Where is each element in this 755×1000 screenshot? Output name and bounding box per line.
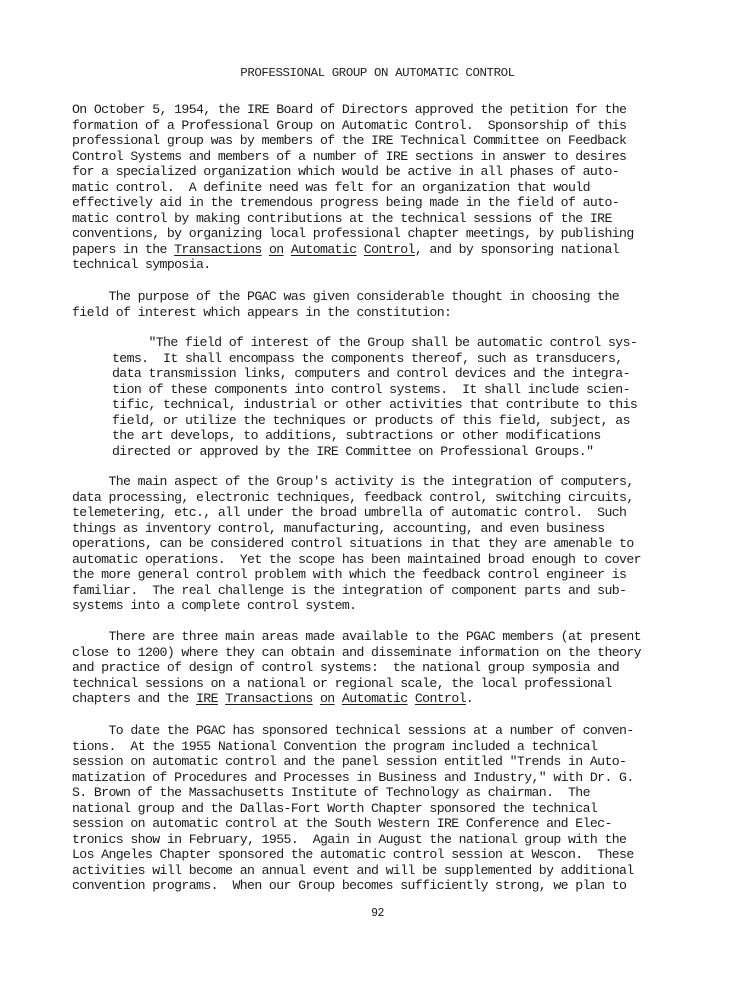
underlined-title-word: IRE: [196, 691, 218, 706]
text-line: tion of these components into control sy…: [112, 382, 637, 398]
text-line: technical sessions on a national or regi…: [72, 676, 641, 692]
text-line: There are three main areas made availabl…: [72, 629, 641, 645]
text-line: The purpose of the PGAC was given consid…: [72, 289, 619, 305]
text-segment: technical sessions on a national or regi…: [72, 676, 612, 691]
text-segment: automatic operations. Yet the scope has …: [72, 552, 641, 567]
page-number: 92: [0, 907, 755, 920]
text-line: the more general control problem with wh…: [72, 567, 641, 583]
text-segment: [284, 242, 291, 257]
text-line: To date the PGAC has sponsored technical…: [72, 723, 634, 739]
text-line: session on automatic control at the Sout…: [72, 816, 634, 832]
paragraph-purpose: The purpose of the PGAC was given consid…: [72, 289, 619, 320]
paragraph-main-aspect: The main aspect of the Group's activity …: [72, 474, 641, 614]
text-line: automatic operations. Yet the scope has …: [72, 552, 641, 568]
underlined-title-word: Transactions: [174, 242, 262, 257]
text-segment: telemetering, etc., all under the broad …: [72, 505, 626, 520]
text-line: field, or utilize the techniques or prod…: [112, 413, 637, 429]
text-line: operations, can be considered control si…: [72, 536, 641, 552]
text-segment: S. Brown of the Massachusetts Institute …: [72, 785, 590, 800]
text-segment: papers in the: [72, 242, 174, 257]
underlined-title-word: on: [269, 242, 284, 257]
text-segment: session on automatic control and the pan…: [72, 754, 626, 769]
underlined-title-word: Control: [364, 242, 415, 257]
text-segment: directed or approved by the IRE Committe…: [112, 444, 593, 459]
text-segment: matization of Procedures and Processes i…: [72, 770, 634, 785]
text-line: S. Brown of the Massachusetts Institute …: [72, 785, 634, 801]
text-segment: Control Systems and members of a number …: [72, 149, 626, 164]
text-segment: tronics show in February, 1955. Again in…: [72, 832, 626, 847]
text-segment: technical symposia.: [72, 257, 211, 272]
text-line: professional group was by members of the…: [72, 133, 634, 149]
text-segment: effectively aid in the tremendous progre…: [72, 195, 619, 210]
text-segment: .: [466, 691, 473, 706]
text-line: effectively aid in the tremendous progre…: [72, 195, 634, 211]
text-line: activities will become an annual event a…: [72, 863, 634, 879]
text-line: The main aspect of the Group's activity …: [72, 474, 641, 490]
text-line: telemetering, etc., all under the broad …: [72, 505, 641, 521]
text-segment: To date the PGAC has sponsored technical…: [72, 723, 634, 738]
text-segment: matic control. A definite need was felt …: [72, 180, 590, 195]
text-line: formation of a Professional Group on Aut…: [72, 118, 634, 134]
text-segment: matic control by making contributions at…: [72, 211, 612, 226]
text-segment: field of interest which appears in the c…: [72, 305, 451, 320]
text-segment: Los Angeles Chapter sponsored the automa…: [72, 847, 634, 862]
text-line: things as inventory control, manufacturi…: [72, 521, 641, 537]
document-page: PROFESSIONAL GROUP ON AUTOMATIC CONTROL …: [0, 0, 755, 1000]
text-segment: On October 5, 1954, the IRE Board of Dir…: [72, 102, 626, 117]
text-line: tions. At the 1955 National Convention t…: [72, 739, 634, 755]
text-segment: [335, 691, 342, 706]
text-segment: There are three main areas made availabl…: [72, 629, 641, 644]
text-segment: The main aspect of the Group's activity …: [72, 474, 634, 489]
text-line: On October 5, 1954, the IRE Board of Dir…: [72, 102, 634, 118]
text-line: the art develops, to additions, subtract…: [112, 428, 637, 444]
text-segment: , and by sponsoring national: [415, 242, 619, 257]
text-line: convention programs. When our Group beco…: [72, 878, 634, 894]
text-segment: familiar. The real challenge is the inte…: [72, 583, 626, 598]
text-line: tific, technical, industrial or other ac…: [112, 397, 637, 413]
text-segment: things as inventory control, manufacturi…: [72, 521, 604, 536]
underlined-title-word: Automatic: [291, 242, 357, 257]
text-segment: tems. It shall encompass the components …: [112, 351, 623, 366]
text-segment: data transmission links, computers and c…: [112, 366, 630, 381]
text-segment: and practice of design of control system…: [72, 660, 619, 675]
text-line: for a specialized organization which wou…: [72, 164, 634, 180]
text-line: tems. It shall encompass the components …: [112, 351, 637, 367]
text-segment: convention programs. When our Group beco…: [72, 878, 626, 893]
text-line: session on automatic control and the pan…: [72, 754, 634, 770]
page-title: PROFESSIONAL GROUP ON AUTOMATIC CONTROL: [0, 66, 755, 80]
text-segment: national group and the Dallas-Fort Worth…: [72, 801, 597, 816]
text-line: matization of Procedures and Processes i…: [72, 770, 634, 786]
text-segment: professional group was by members of the…: [72, 133, 626, 148]
block-quote-field-of-interest: "The field of interest of the Group shal…: [112, 335, 637, 459]
text-line: "The field of interest of the Group shal…: [112, 335, 637, 351]
text-segment: operations, can be considered control si…: [72, 536, 634, 551]
text-segment: tific, technical, industrial or other ac…: [112, 397, 637, 412]
text-segment: conventions, by organizing local profess…: [72, 226, 634, 241]
paragraph-formation: On October 5, 1954, the IRE Board of Dir…: [72, 102, 634, 273]
text-segment: field, or utilize the techniques or prod…: [112, 413, 630, 428]
text-segment: for a specialized organization which wou…: [72, 164, 619, 179]
underlined-title-word: on: [320, 691, 335, 706]
text-segment: activities will become an annual event a…: [72, 863, 634, 878]
text-line: conventions, by organizing local profess…: [72, 226, 634, 242]
text-segment: data processing, electronic techniques, …: [72, 490, 634, 505]
text-line: matic control. A definite need was felt …: [72, 180, 634, 196]
text-line: directed or approved by the IRE Committe…: [112, 444, 637, 460]
text-segment: tion of these components into control sy…: [112, 382, 630, 397]
text-segment: systems into a complete control system.: [72, 598, 356, 613]
text-segment: tions. At the 1955 National Convention t…: [72, 739, 597, 754]
text-segment: [262, 242, 269, 257]
text-segment: The purpose of the PGAC was given consid…: [72, 289, 619, 304]
text-line: and practice of design of control system…: [72, 660, 641, 676]
text-line: Los Angeles Chapter sponsored the automa…: [72, 847, 634, 863]
underlined-title-word: Automatic: [342, 691, 408, 706]
paragraph-sessions: To date the PGAC has sponsored technical…: [72, 723, 634, 894]
text-segment: the more general control problem with wh…: [72, 567, 626, 582]
text-line: matic control by making contributions at…: [72, 211, 634, 227]
text-line: data transmission links, computers and c…: [112, 366, 637, 382]
text-segment: chapters and the: [72, 691, 196, 706]
text-segment: "The field of interest of the Group shal…: [112, 335, 637, 350]
text-line: familiar. The real challenge is the inte…: [72, 583, 641, 599]
text-line: data processing, electronic techniques, …: [72, 490, 641, 506]
text-line: papers in the Transactions on Automatic …: [72, 242, 634, 258]
underlined-title-word: Transactions: [225, 691, 313, 706]
text-line: chapters and the IRE Transactions on Aut…: [72, 691, 641, 707]
text-segment: the art develops, to additions, subtract…: [112, 428, 601, 443]
underlined-title-word: Control: [415, 691, 466, 706]
text-segment: close to 1200) where they can obtain and…: [72, 645, 641, 660]
text-segment: [357, 242, 364, 257]
text-line: Control Systems and members of a number …: [72, 149, 634, 165]
text-line: close to 1200) where they can obtain and…: [72, 645, 641, 661]
paragraph-three-areas: There are three main areas made availabl…: [72, 629, 641, 707]
text-line: technical symposia.: [72, 257, 634, 273]
text-line: systems into a complete control system.: [72, 598, 641, 614]
text-segment: [313, 691, 320, 706]
text-segment: session on automatic control at the Sout…: [72, 816, 612, 831]
text-line: tronics show in February, 1955. Again in…: [72, 832, 634, 848]
text-segment: formation of a Professional Group on Aut…: [72, 118, 626, 133]
text-line: field of interest which appears in the c…: [72, 305, 619, 321]
text-segment: [408, 691, 415, 706]
text-line: national group and the Dallas-Fort Worth…: [72, 801, 634, 817]
